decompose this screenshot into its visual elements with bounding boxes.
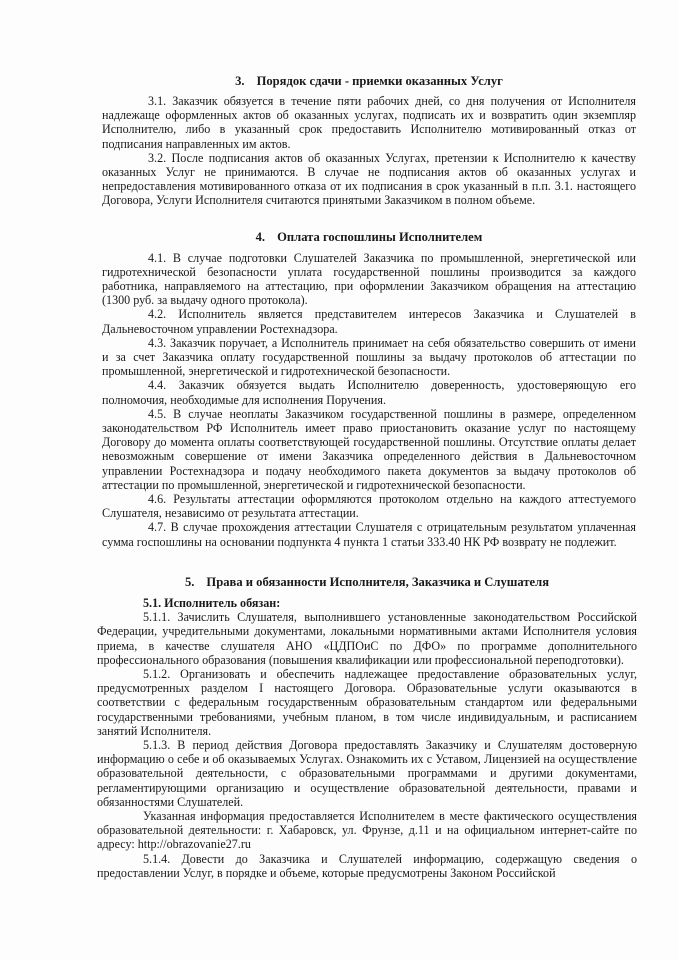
paragraph-4-4: 4.4. Заказчик обязуется выдать Исполните… (102, 378, 636, 406)
section-3-title: Порядок сдачи - приемки оказанных Услуг (257, 74, 503, 88)
paragraph-5-1-1: 5.1.1. Зачислить Слушателя, выполнившего… (97, 610, 637, 667)
document-page-lower: 5.Права и обязанности Исполнителя, Заказ… (97, 575, 637, 880)
paragraph-4-2: 4.2. Исполнитель является представителем… (102, 307, 636, 335)
section-4-title: Оплата госпошлины Исполнителем (277, 230, 482, 244)
section-4-heading: 4.Оплата госпошлины Исполнителем (102, 230, 636, 245)
paragraph-5-1-4: 5.1.4. Довести до Заказчика и Слушателей… (97, 852, 637, 880)
subsection-5-1-heading: 5.1. Исполнитель обязан: (97, 596, 637, 610)
paragraph-3-2: 3.2. После подписания актов об оказанных… (102, 151, 636, 208)
paragraph-5-1-2: 5.1.2. Организовать и обеспечить надлежа… (97, 667, 637, 738)
paragraph-4-3: 4.3. Заказчик поручает, а Исполнитель пр… (102, 336, 636, 379)
section-3-heading: 3.Порядок сдачи - приемки оказанных Услу… (102, 74, 636, 89)
paragraph-info-location: Указанная информация предоставляется Исп… (97, 809, 637, 852)
section-3-number: 3. (235, 74, 244, 88)
paragraph-4-5: 4.5. В случае неоплаты Заказчиком госуда… (102, 407, 636, 492)
paragraph-4-6: 4.6. Результаты аттестации оформляются п… (102, 492, 636, 520)
section-5-heading: 5.Права и обязанности Исполнителя, Заказ… (97, 575, 637, 590)
section-5-title: Права и обязанности Исполнителя, Заказчи… (206, 575, 549, 589)
section-5-number: 5. (185, 575, 194, 589)
section-4-number: 4. (256, 230, 265, 244)
paragraph-5-1-3: 5.1.3. В период действия Договора предос… (97, 738, 637, 809)
document-page-upper: 3.Порядок сдачи - приемки оказанных Услу… (102, 74, 636, 549)
paragraph-4-7: 4.7. В случае прохождения аттестации Слу… (102, 520, 636, 548)
paragraph-3-1: 3.1. Заказчик обязуется в течение пяти р… (102, 94, 636, 151)
paragraph-4-1: 4.1. В случае подготовки Слушателей Зака… (102, 251, 636, 308)
